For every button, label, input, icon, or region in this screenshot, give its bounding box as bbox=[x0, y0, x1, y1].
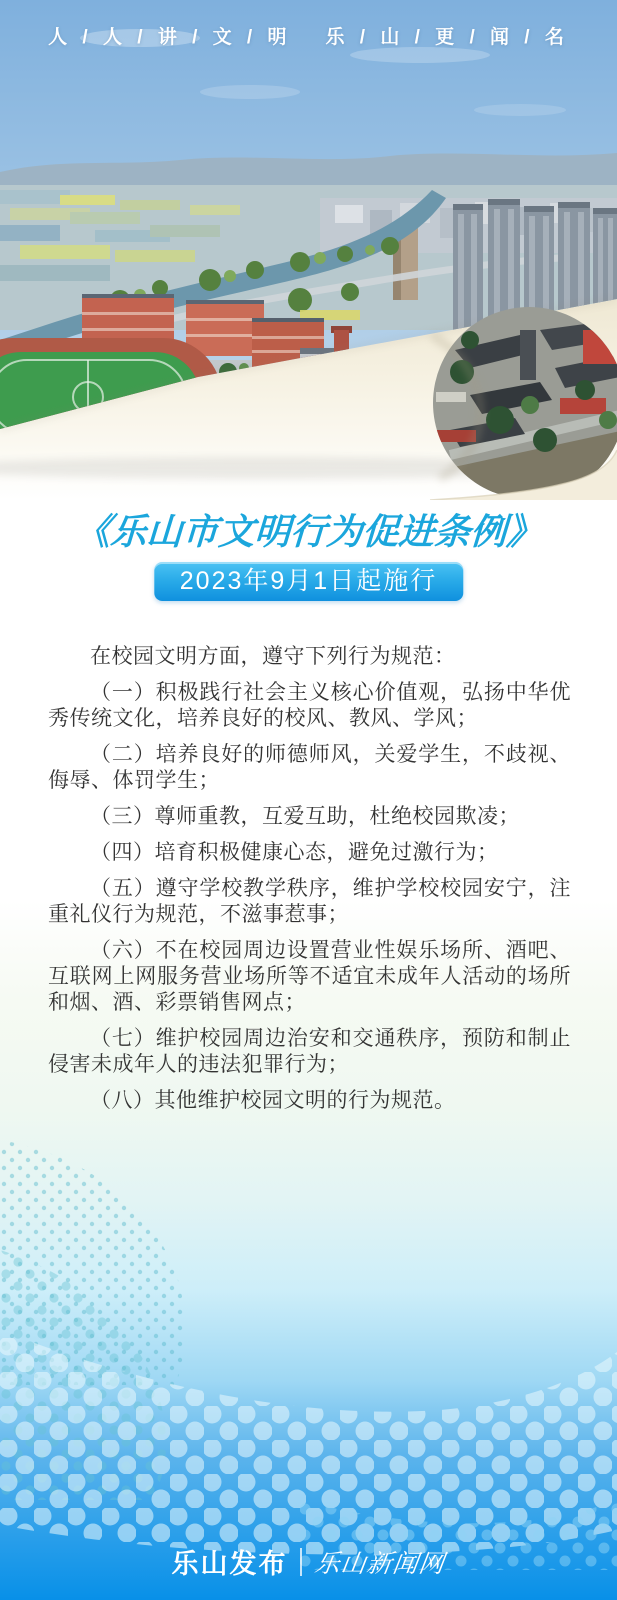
leshan-fabu-logo: 乐山发布 bbox=[171, 1542, 287, 1581]
regulation-title: 《乐山市文明行为促进条例》 bbox=[0, 504, 617, 555]
footer-divider bbox=[300, 1548, 302, 1576]
halftone-dots-decor bbox=[0, 1100, 617, 1600]
leshan-news-logo: 乐山新闻网 bbox=[313, 1544, 448, 1580]
aerial-photo-illustration bbox=[0, 0, 617, 500]
rule-item-7: （七）维护校园周边治安和交通秩序，预防和制止侵害未成年人的违法犯罪行为； bbox=[48, 1026, 571, 1078]
hero-photo: 人 / 人 / 讲 / 文 / 明乐 / 山 / 更 / 闻 / 名 bbox=[0, 0, 617, 500]
rule-item-8: （八）其他维护校园文明的行为规范。 bbox=[48, 1088, 571, 1114]
intro-paragraph: 在校园文明方面，遵守下列行为规范： bbox=[48, 644, 571, 670]
rule-item-2: （二）培养良好的师德师风，关爱学生，不歧视、侮辱、体罚学生； bbox=[48, 742, 571, 794]
slogan-left: 人 / 人 / 讲 / 文 / 明 bbox=[48, 27, 291, 48]
slogan-right: 乐 / 山 / 更 / 闻 / 名 bbox=[326, 27, 569, 48]
rule-item-5: （五）遵守学校教学秩序，维护学校校园安宁，注重礼仪行为规范，不滋事惹事； bbox=[48, 876, 571, 928]
header-slogan: 人 / 人 / 讲 / 文 / 明乐 / 山 / 更 / 闻 / 名 bbox=[0, 22, 617, 49]
rule-item-6: （六）不在校园周边设置营业性娱乐场所、酒吧、互联网上网服务营业场所等不适宜未成年… bbox=[48, 938, 571, 1016]
poster-page: 人 / 人 / 讲 / 文 / 明乐 / 山 / 更 / 闻 / 名 《乐山市文… bbox=[0, 0, 617, 1600]
dots-band-small bbox=[0, 1140, 186, 1385]
dots-band-medium bbox=[0, 1250, 166, 1500]
rule-item-1: （一）积极践行社会主义核心价值观，弘扬中华优秀传统文化，培养良好的校风、教风、学… bbox=[48, 680, 571, 732]
rule-item-3: （三）尊师重教，互爱互助，杜绝校园欺凌； bbox=[48, 804, 571, 830]
rule-item-4: （四）培育积极健康心态，避免过激行为； bbox=[48, 840, 571, 866]
effective-date-badge: 2023年9月1日起施行 bbox=[154, 562, 463, 601]
dots-wave-large bbox=[0, 1330, 617, 1555]
footer-brands: 乐山发布 乐山新闻网 bbox=[0, 1542, 617, 1581]
village-photo-circle bbox=[433, 307, 617, 499]
regulation-body: 在校园文明方面，遵守下列行为规范： （一）积极践行社会主义核心价值观，弘扬中华优… bbox=[0, 644, 617, 1124]
